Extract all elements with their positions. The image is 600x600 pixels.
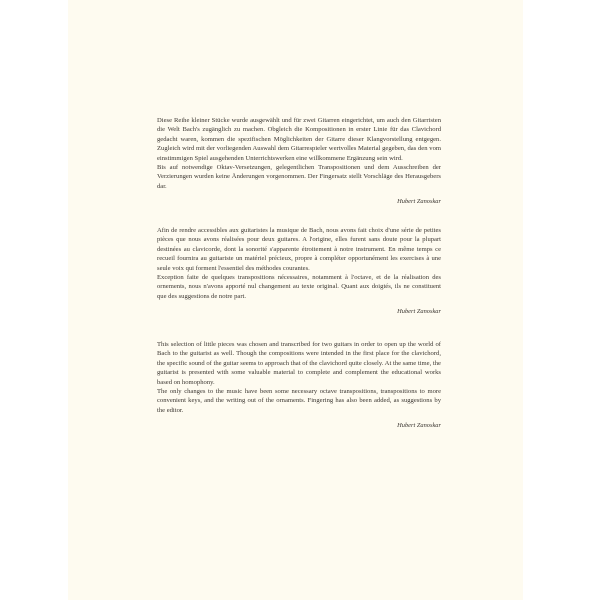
paragraph: Exception faite de quelques transpositio… <box>157 273 441 301</box>
paragraph: This selection of little pieces was chos… <box>157 340 441 387</box>
preface-french: Afin de rendre accessibles aux guitarist… <box>157 226 441 317</box>
signature: Hubert Zanoskar <box>157 197 441 206</box>
preface-german: Diese Reihe kleiner Stücke wurde ausgewä… <box>157 116 441 207</box>
paragraph: The only changes to the music have been … <box>157 387 441 415</box>
paragraph: Bis auf notwendige Oktav-Versetzungen, g… <box>157 163 441 191</box>
preface-english: This selection of little pieces was chos… <box>157 340 441 431</box>
paragraph: Afin de rendre accessibles aux guitarist… <box>157 226 441 273</box>
paragraph: Diese Reihe kleiner Stücke wurde ausgewä… <box>157 116 441 163</box>
signature: Hubert Zanoskar <box>157 421 441 430</box>
signature: Hubert Zanoskar <box>157 307 441 316</box>
